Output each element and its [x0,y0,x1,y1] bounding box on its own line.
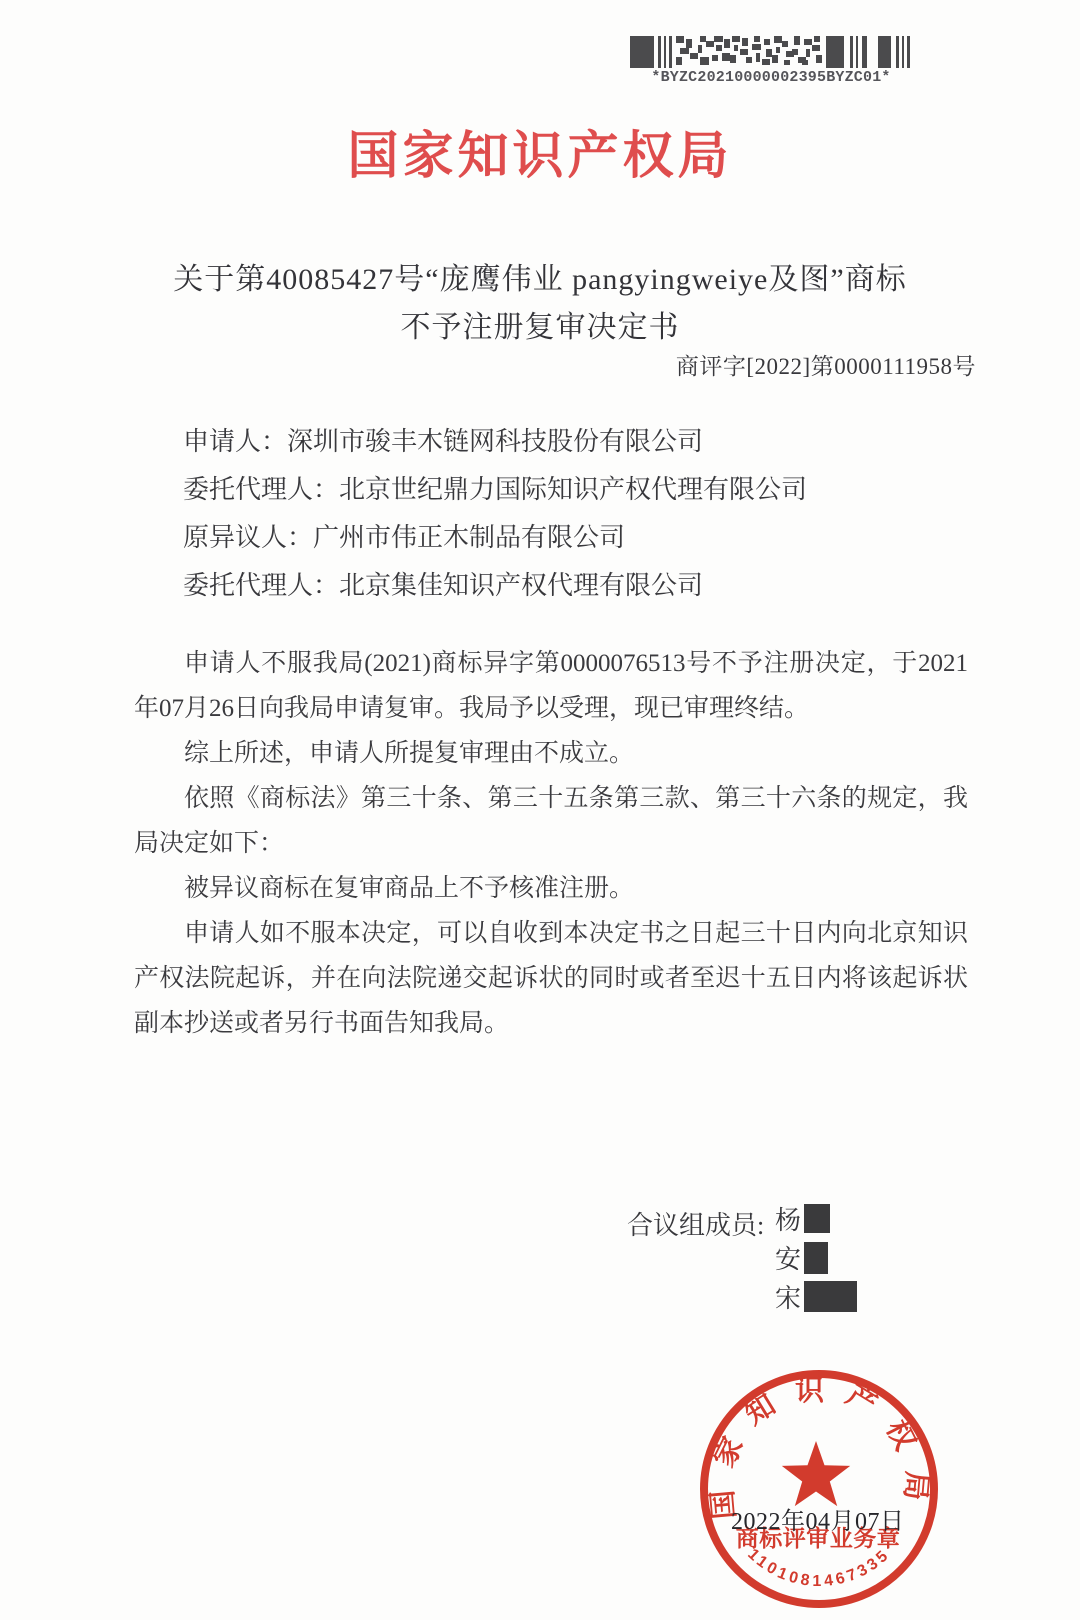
seal-arc-text: 国家知识产权局 [704,1374,932,1521]
body-paragraph: 被异议商标在复审商品上不予核准注册。 [134,866,968,911]
decision-body: 申请人不服我局(2021)商标异字第0000076513号不予注册决定，于202… [134,641,968,1046]
body-paragraph: 综上所述，申请人所提复审理由不成立。 [134,731,968,776]
panel-member-surname: 宋 [775,1278,801,1315]
party-line-applicant: 申请人：深圳市骏丰木链网科技股份有限公司 [183,418,807,466]
redaction-box [804,1204,830,1233]
party-line-applicant-agent: 委托代理人：北京世纪鼎力国际知识产权代理有限公司 [183,466,807,514]
party-line-opponent-agent: 委托代理人：北京集佳知识产权代理有限公司 [183,562,807,610]
seal-serial: 1101081467335 [744,1546,894,1590]
document-page: *BYZC20210000002395BYZC01* 国家知识产权局 关于第40… [0,0,1080,1620]
redaction-box [804,1281,857,1312]
document-title: 关于第40085427号“庞鹰伟业 pangyingweiye及图”商标 不予注… [0,256,1080,352]
panel-member-row: 杨 [775,1199,857,1238]
panel-member-surname: 安 [775,1239,801,1276]
reference-number: 商评字[2022]第0000111958号 [676,348,976,381]
panel-member-row: 安 [775,1238,857,1277]
party-line-opponent: 原异议人：广州市伟正木制品有限公司 [183,514,807,562]
parties-section: 申请人：深圳市骏丰木链网科技股份有限公司 委托代理人：北京世纪鼎力国际知识产权代… [183,418,807,610]
body-paragraph: 申请人不服我局(2021)商标异字第0000076513号不予注册决定，于202… [134,641,968,731]
document-title-line1: 关于第40085427号“庞鹰伟业 pangyingweiye及图”商标 [0,256,1080,304]
barcode-code-text: *BYZC20210000002395BYZC01* [630,69,912,86]
official-seal: 国家知识产权局 商标评审业务章 1101081467335 [696,1366,942,1612]
seal-arc-text-holder: 国家知识产权局 [704,1374,932,1521]
redaction-box [804,1242,828,1274]
panel-member-surname: 杨 [775,1200,801,1237]
barcode: *BYZC20210000002395BYZC01* [630,36,912,86]
panel-member-row: 宋 [775,1277,857,1316]
agency-title: 国家知识产权局 [0,114,1080,188]
seal-star-icon [782,1441,850,1506]
body-paragraph: 申请人如不服本决定，可以自收到本决定书之日起三十日内向北京知识产权法院起诉，并在… [134,911,968,1046]
panel-members-label: 合议组成员: [627,1205,764,1242]
body-paragraph: 依照《商标法》第三十条、第三十五条第三款、第三十六条的规定，我局决定如下： [134,776,968,866]
panel-members-list: 杨 安 宋 [775,1199,857,1316]
barcode-image [630,36,912,68]
seal-date: 2022年04月07日 [731,1501,905,1536]
seal-serial-holder: 1101081467335 [744,1546,894,1590]
document-title-line2: 不予注册复审决定书 [0,304,1080,352]
